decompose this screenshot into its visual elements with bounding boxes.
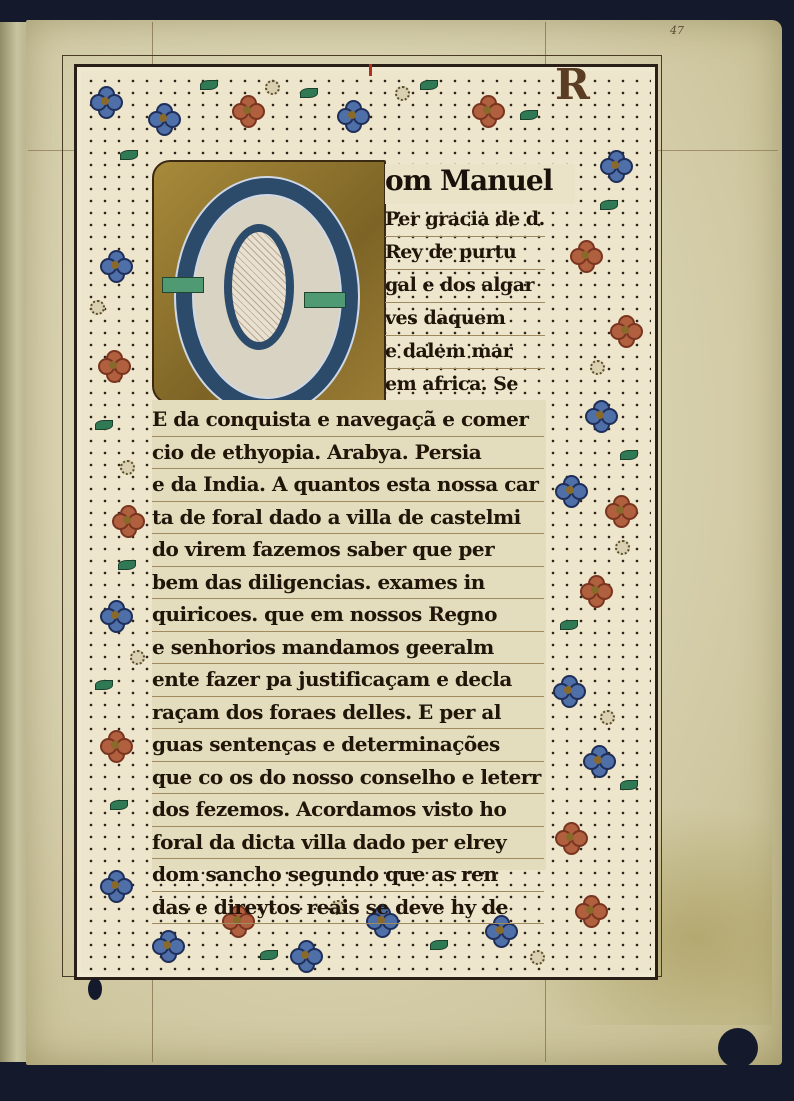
initial-green-band [304,292,346,308]
blue-flower-icon [90,86,120,116]
blue-flower-icon [100,870,130,900]
red-flower-icon [98,350,128,380]
red-flower-icon [555,822,585,852]
blue-flower-icon [337,100,367,130]
text-line: gal e dos algar [385,270,545,303]
text-line: guas sentenças e determinações [152,729,544,762]
red-flower-icon [570,240,600,270]
leaf-icon [200,80,218,90]
leaf-icon [560,620,578,630]
bur-ornament-icon [600,710,615,725]
blue-flower-icon [148,103,178,133]
leaf-icon [520,110,538,120]
heading-line: om Manuel [385,164,575,204]
red-flower-icon [100,730,130,760]
text-line: Per gracia de d. [385,204,545,237]
blue-flower-icon [553,675,583,705]
blue-flower-icon [290,940,320,970]
leaf-icon [300,88,318,98]
leaf-icon [260,950,278,960]
text-line: e dalem mar [385,336,545,369]
main-text-block: E da conquista e navegaçã e comer cio de… [152,404,544,924]
folio-number-text: 47 [670,24,684,37]
bur-ornament-icon [130,650,145,665]
blue-flower-icon [600,150,630,180]
leaf-icon [95,420,113,430]
text-line: Rey de purtu [385,237,545,270]
leaf-icon [118,560,136,570]
text-line: raçam dos foraes delles. E per al [152,697,544,730]
bur-ornament-icon [120,460,135,475]
leaf-icon [420,80,438,90]
blue-flower-icon [585,400,615,430]
initial-green-band [162,277,204,293]
red-flower-icon [575,895,605,925]
page-damage-notch [718,1028,758,1068]
red-flower-icon [605,495,635,525]
leaf-icon [430,940,448,950]
catchword-cap: R [555,60,655,145]
red-flower-icon [610,315,640,345]
leaf-icon [120,150,138,160]
red-flower-icon [232,95,262,125]
folio-number: 47 [670,24,684,37]
text-line: ves daquem [385,303,545,336]
bur-ornament-icon [265,80,280,95]
blue-flower-icon [100,250,130,280]
red-flower-icon [580,575,610,605]
text-line: do virem fazemos saber que per [152,534,544,567]
text-line: dom sancho segundo que as ren [152,859,544,892]
illuminated-initial [152,160,386,404]
bur-ornament-icon [615,540,630,555]
leaf-icon [620,780,638,790]
blue-flower-icon [583,745,613,775]
blue-flower-icon [100,600,130,630]
initial-filigree-center [224,224,294,350]
red-flower-icon [472,95,502,125]
red-pen-mark [369,64,372,76]
ink-blot [88,978,102,1000]
bur-ornament-icon [90,300,105,315]
text-line: ta de foral dado a villa de castelmi [152,502,544,535]
text-line: e senhorios mandamos geeralm [152,632,544,665]
red-flower-icon [112,505,142,535]
text-line: dos fezemos. Acordamos visto ho [152,794,544,827]
text-line: ente fazer pa justificaçam e decla [152,664,544,697]
bur-ornament-icon [530,950,545,965]
text-line: que co os do nosso conselho e leterr [152,762,544,795]
text-line: quiricoes. que em nossos Regno [152,599,544,632]
blue-flower-icon [152,930,182,960]
leaf-icon [620,450,638,460]
blue-flower-icon [555,475,585,505]
leaf-icon [95,680,113,690]
text-line: em africa. Se [385,369,545,402]
text-line: e da India. A quantos esta nossa car [152,469,544,502]
text-line: foral da dicta villa dado per elrey [152,827,544,860]
text-line: das e direytos reais se deve hy de [152,892,544,925]
leaf-icon [110,800,128,810]
previous-leaf-edge [0,22,29,1062]
bur-ornament-icon [590,360,605,375]
leaf-icon [600,200,618,210]
text-line: E da conquista e navegaçã e comer [152,404,544,437]
bur-ornament-icon [395,86,410,101]
text-line: cio de ethyopia. Arabya. Persia [152,437,544,470]
text-line: bem das diligencias. exames in [152,567,544,600]
